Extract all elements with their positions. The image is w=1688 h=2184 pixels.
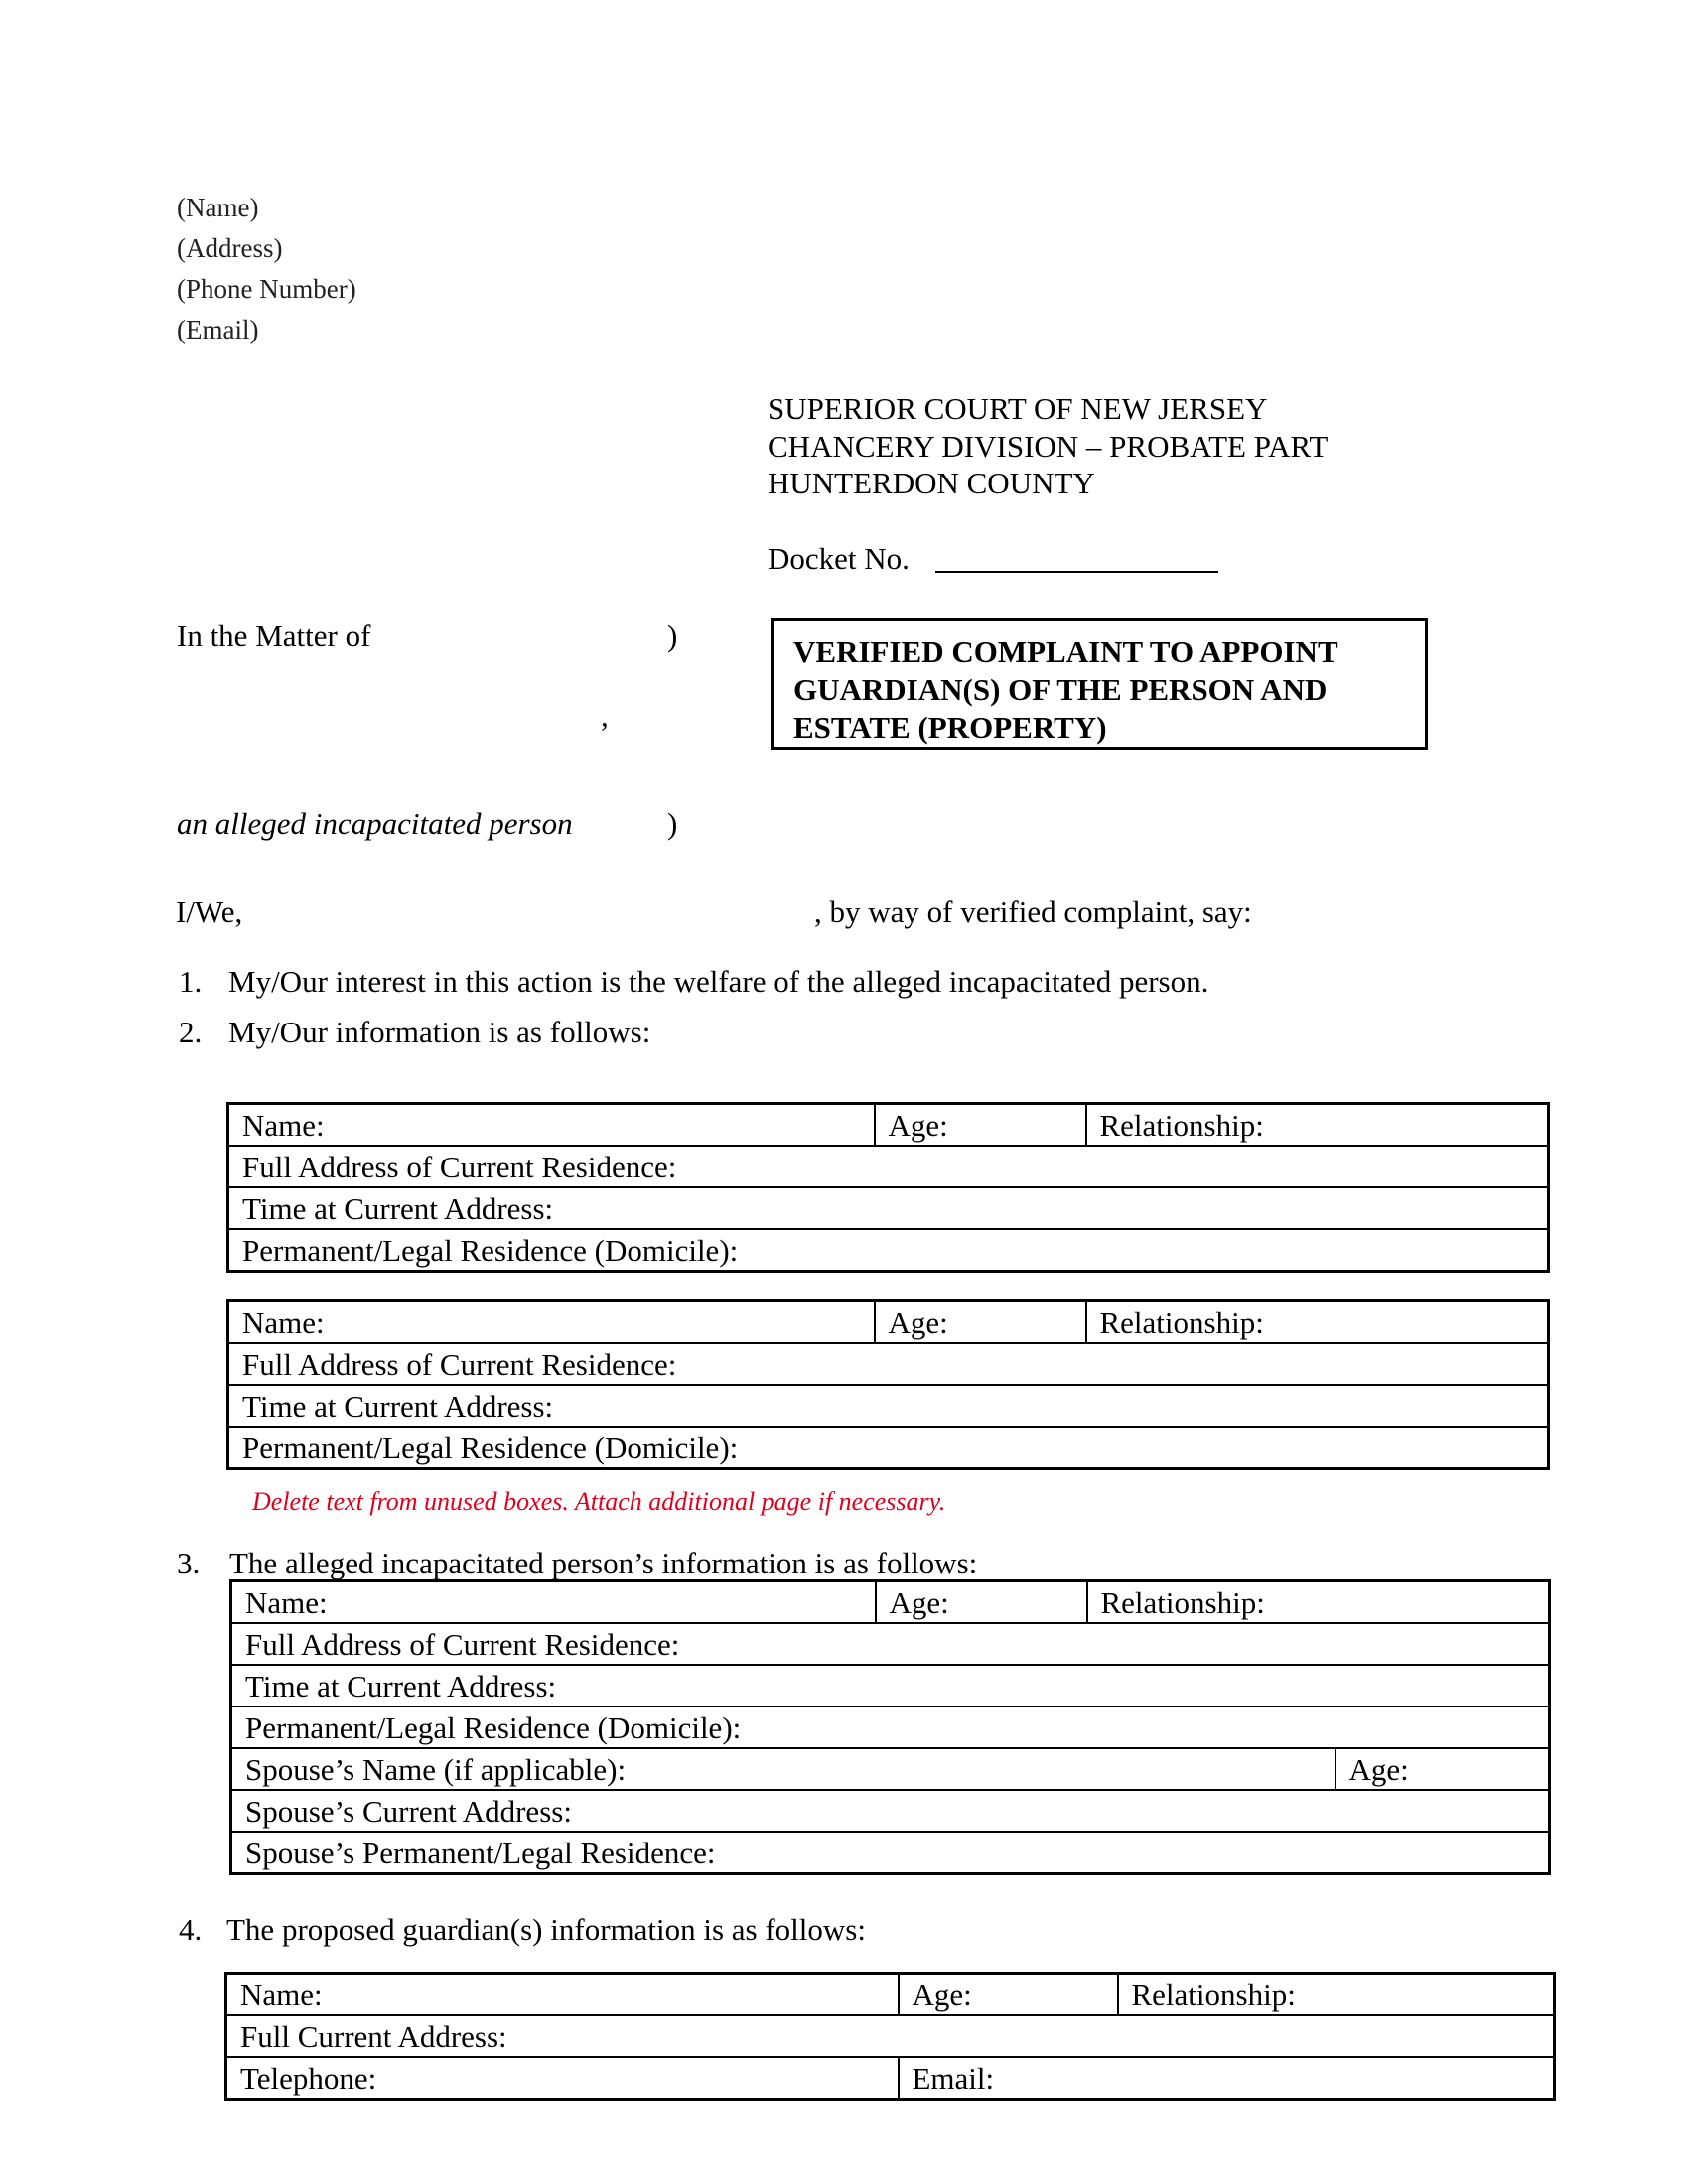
- docket-number-field[interactable]: [935, 571, 1218, 573]
- guardian-age-field[interactable]: Age:: [899, 1974, 1118, 2016]
- attorney-email-placeholder: (Email): [177, 317, 258, 343]
- spouse-residence-field[interactable]: Spouse’s Permanent/Legal Residence:: [231, 1832, 1550, 1874]
- docket-label: Docket No.: [768, 543, 910, 574]
- plaintiff-1-name-field[interactable]: Name:: [228, 1104, 875, 1147]
- caption-comma: ,: [601, 700, 609, 731]
- item-1-number: 1.: [179, 966, 202, 997]
- aip-name-field[interactable]: Name:: [231, 1581, 876, 1624]
- plaintiff-2-name-field[interactable]: Name:: [228, 1301, 875, 1344]
- plaintiff-2-address-field[interactable]: Full Address of Current Residence:: [228, 1343, 1549, 1385]
- plaintiff-1-address-field[interactable]: Full Address of Current Residence:: [228, 1146, 1549, 1187]
- intro-rest: , by way of verified complaint, say:: [814, 896, 1252, 927]
- matter-of-label: In the Matter of: [177, 620, 370, 651]
- guardian-name-field[interactable]: Name:: [226, 1974, 899, 2016]
- guardian-relationship-field[interactable]: Relationship:: [1118, 1974, 1555, 2016]
- guardian-telephone-field[interactable]: Telephone:: [226, 2057, 899, 2100]
- spouse-age-field[interactable]: Age:: [1336, 1748, 1550, 1790]
- guardian-address-field[interactable]: Full Current Address:: [226, 2015, 1555, 2057]
- plaintiff-1-table: Name: Age: Relationship: Full Address of…: [226, 1102, 1550, 1273]
- plaintiff-2-relationship-field[interactable]: Relationship:: [1086, 1301, 1549, 1344]
- alleged-incapacitated-label: an alleged incapacitated person: [177, 808, 573, 839]
- aip-table: Name: Age: Relationship: Full Address of…: [229, 1579, 1551, 1875]
- plaintiff-2-age-field[interactable]: Age:: [875, 1301, 1086, 1344]
- aip-time-field[interactable]: Time at Current Address:: [231, 1665, 1550, 1706]
- item-3-number: 3.: [177, 1548, 200, 1578]
- unused-boxes-note: Delete text from unused boxes. Attach ad…: [252, 1489, 945, 1515]
- plaintiff-1-time-field[interactable]: Time at Current Address:: [228, 1187, 1549, 1229]
- plaintiff-2-table: Name: Age: Relationship: Full Address of…: [226, 1299, 1550, 1470]
- guardian-table: Name: Age: Relationship: Full Current Ad…: [224, 1972, 1556, 2101]
- plaintiff-1-domicile-field[interactable]: Permanent/Legal Residence (Domicile):: [228, 1229, 1549, 1272]
- aip-domicile-field[interactable]: Permanent/Legal Residence (Domicile):: [231, 1706, 1550, 1748]
- plaintiff-1-age-field[interactable]: Age:: [875, 1104, 1086, 1147]
- item-4-number: 4.: [179, 1914, 202, 1945]
- plaintiff-2-domicile-field[interactable]: Permanent/Legal Residence (Domicile):: [228, 1427, 1549, 1469]
- item-2-text: My/Our information is as follows:: [228, 1017, 650, 1047]
- aip-age-field[interactable]: Age:: [876, 1581, 1087, 1624]
- spouse-name-field[interactable]: Spouse’s Name (if applicable):: [231, 1748, 1336, 1790]
- item-1-text: My/Our interest in this action is the we…: [228, 966, 1208, 997]
- item-3-text: The alleged incapacitated person’s infor…: [229, 1548, 977, 1578]
- plaintiff-2-time-field[interactable]: Time at Current Address:: [228, 1385, 1549, 1427]
- title-line-2: GUARDIAN(S) OF THE PERSON AND: [793, 671, 1405, 709]
- document-title-box: VERIFIED COMPLAINT TO APPOINT GUARDIAN(S…: [771, 618, 1428, 750]
- caption-paren-bottom: ): [667, 808, 677, 839]
- aip-address-field[interactable]: Full Address of Current Residence:: [231, 1623, 1550, 1665]
- intro-iwe: I/We,: [176, 896, 242, 927]
- spouse-address-field[interactable]: Spouse’s Current Address:: [231, 1790, 1550, 1832]
- item-4-text: The proposed guardian(s) information is …: [226, 1914, 866, 1945]
- caption-paren-top: ): [667, 620, 677, 651]
- attorney-phone-placeholder: (Phone Number): [177, 276, 356, 303]
- aip-relationship-field[interactable]: Relationship:: [1087, 1581, 1550, 1624]
- item-2-number: 2.: [179, 1017, 202, 1047]
- plaintiff-1-relationship-field[interactable]: Relationship:: [1086, 1104, 1549, 1147]
- court-division: CHANCERY DIVISION – PROBATE PART: [768, 431, 1328, 462]
- title-line-1: VERIFIED COMPLAINT TO APPOINT: [793, 633, 1405, 671]
- attorney-address-placeholder: (Address): [177, 235, 282, 262]
- title-line-3: ESTATE (PROPERTY): [793, 709, 1405, 747]
- court-name: SUPERIOR COURT OF NEW JERSEY: [768, 393, 1267, 424]
- attorney-name-placeholder: (Name): [177, 195, 258, 221]
- guardian-email-field[interactable]: Email:: [899, 2057, 1555, 2100]
- court-county: HUNTERDON COUNTY: [768, 468, 1095, 498]
